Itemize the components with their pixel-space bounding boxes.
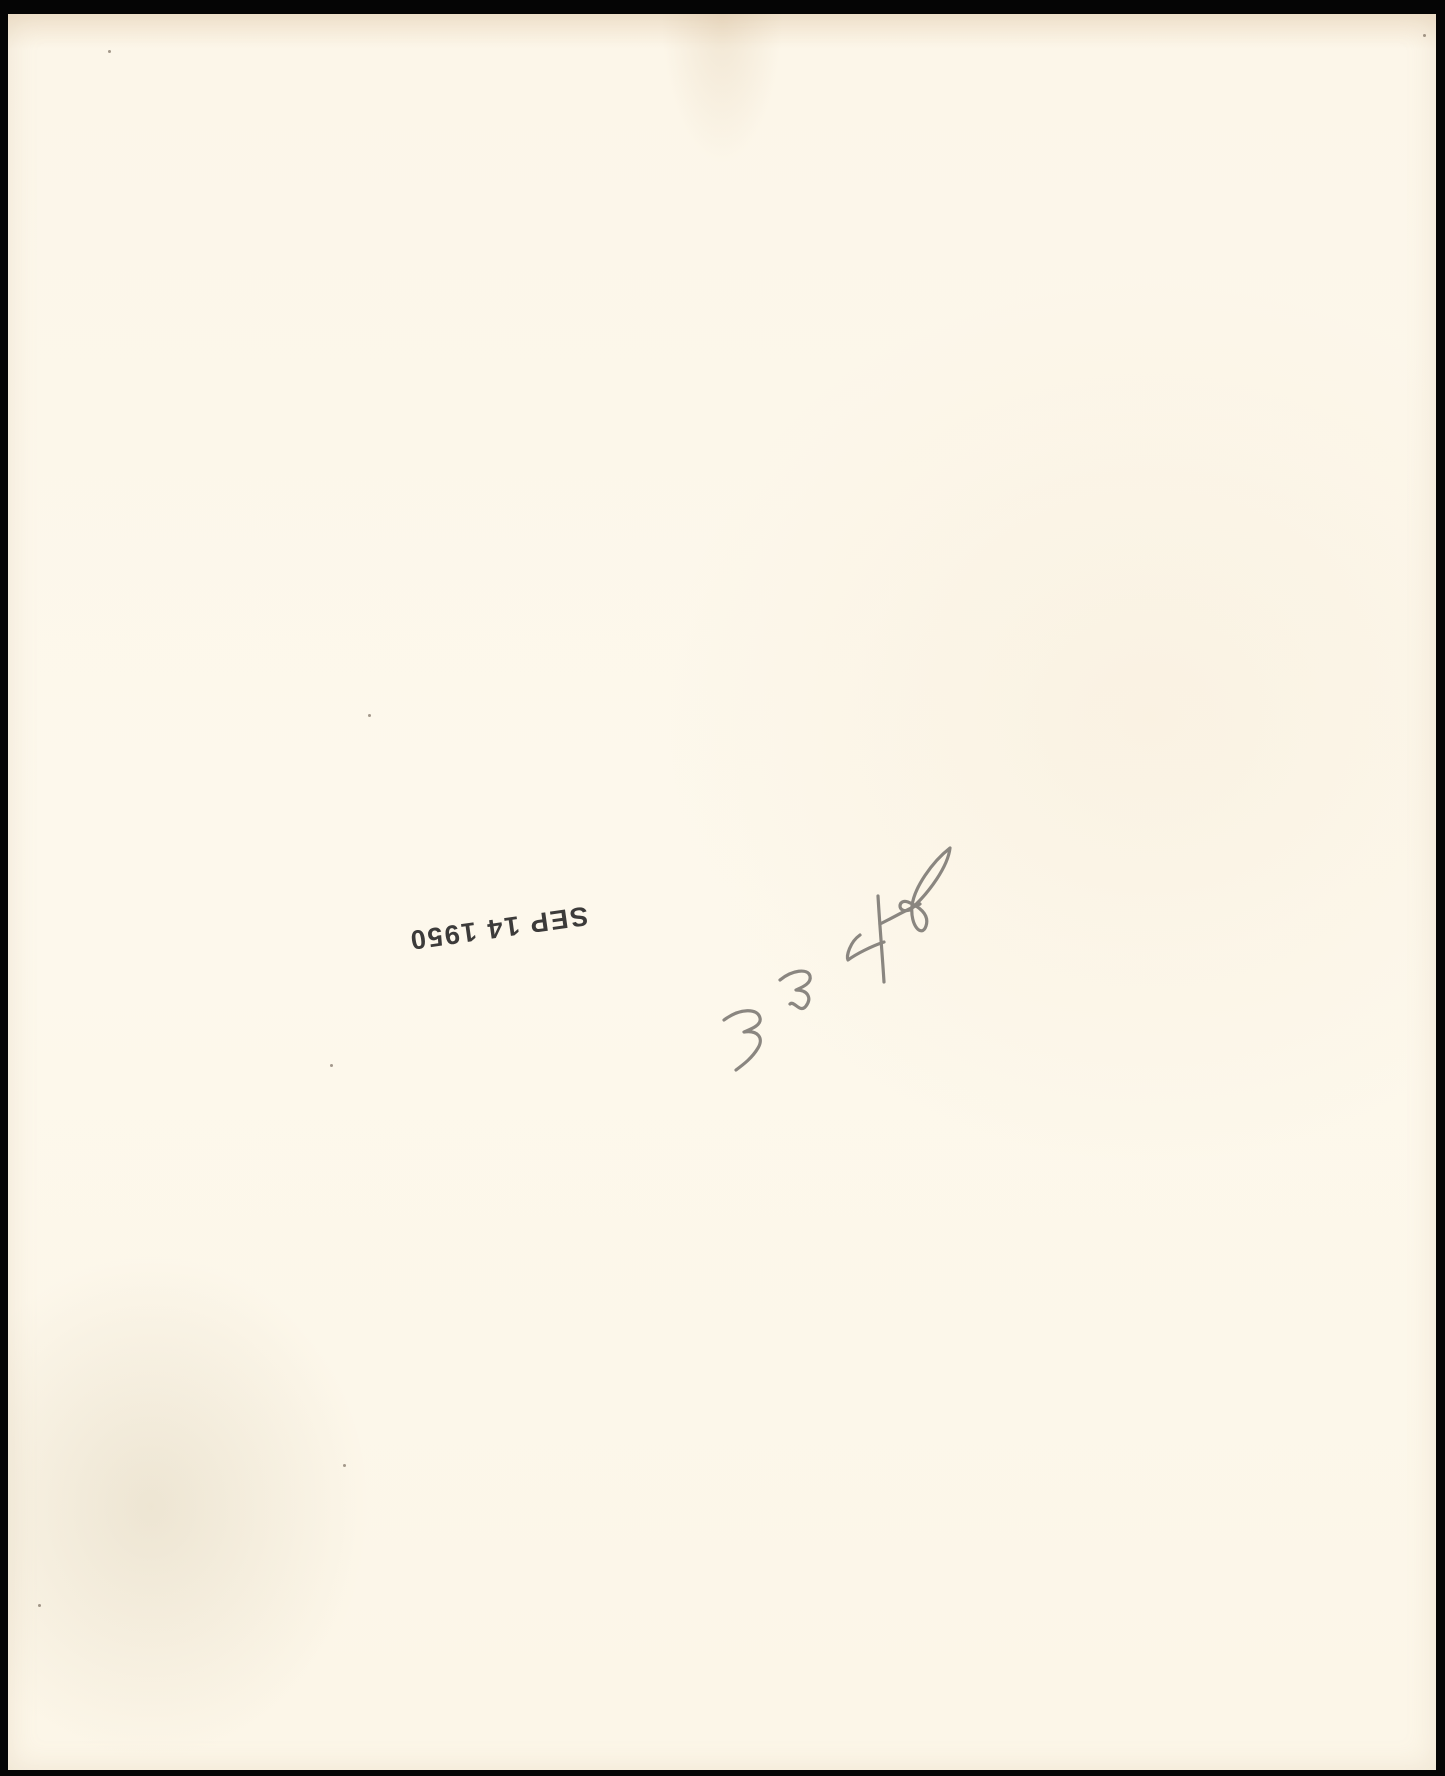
dust-speck [1423,34,1426,37]
dust-speck [330,1064,333,1067]
handwritten-number: 3348 [700,830,980,1090]
dust-speck [38,1604,41,1607]
scan-background: SEP 14 1950 3348 [0,0,1445,1776]
dust-speck [343,1464,346,1467]
dust-speck [368,714,371,717]
dust-speck [108,50,111,53]
